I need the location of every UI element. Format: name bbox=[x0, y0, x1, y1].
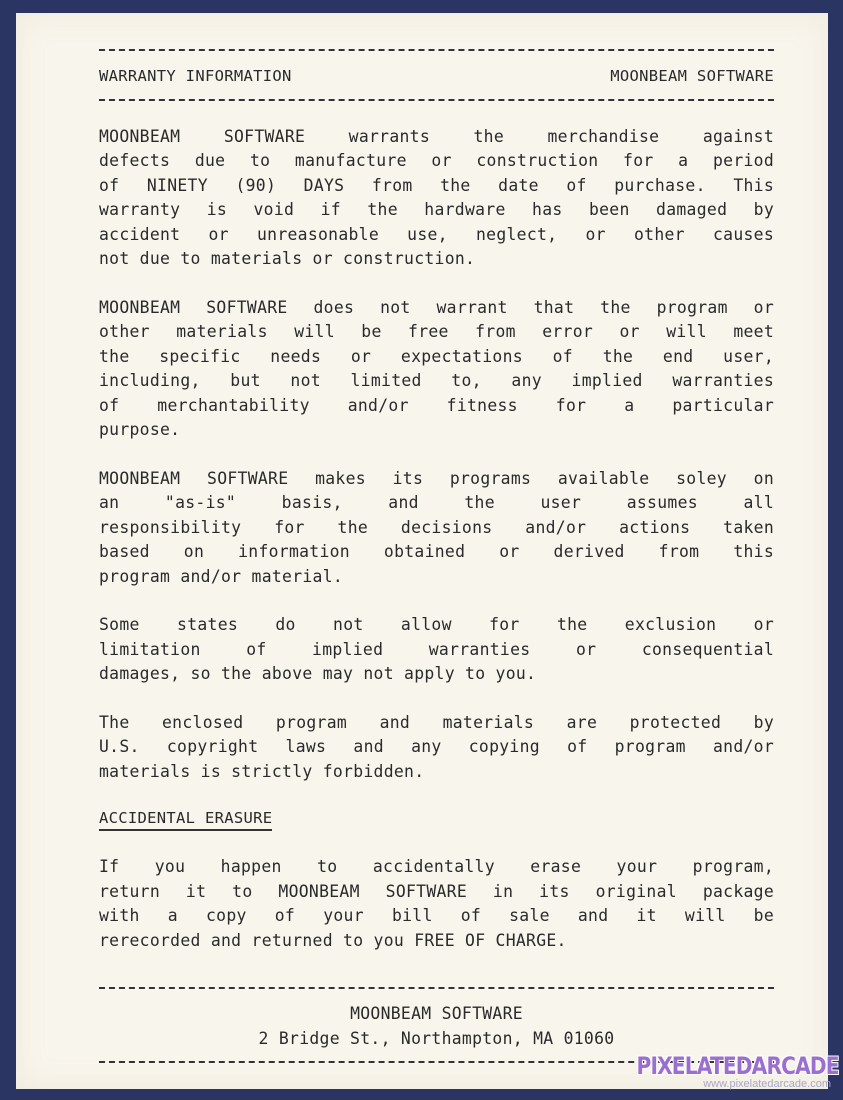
text-line: program and/or material. bbox=[99, 565, 774, 590]
text-line: The enclosed program and materials are p… bbox=[99, 711, 774, 736]
text-line: U.S. copyright laws and any copying of p… bbox=[99, 735, 774, 760]
section-title-erasure: ACCIDENTAL ERASURE bbox=[99, 808, 272, 831]
accidental-erasure-section: ACCIDENTAL ERASURE If you happen to acci… bbox=[99, 784, 774, 953]
text-line: return it to MOONBEAM SOFTWARE in its or… bbox=[99, 880, 774, 905]
footer-address: 2 Bridge St., Northampton, MA 01060 bbox=[99, 1026, 774, 1051]
text-line: defects due to manufacture or constructi… bbox=[99, 149, 774, 174]
erasure-paragraph: If you happen to accidentally erase your… bbox=[99, 855, 774, 953]
document-header: WARRANTY INFORMATION MOONBEAM SOFTWARE bbox=[99, 51, 774, 99]
warranty-paragraph: MOONBEAM SOFTWARE does not warrant that … bbox=[99, 296, 774, 443]
text-line: based on information obtained or derived… bbox=[99, 540, 774, 565]
text-line: If you happen to accidentally erase your… bbox=[99, 855, 774, 880]
text-line: of NINETY (90) DAYS from the date of pur… bbox=[99, 174, 774, 199]
warranty-paragraph: Some states do not allow for the exclusi… bbox=[99, 613, 774, 687]
footer-company: MOONBEAM SOFTWARE bbox=[99, 1001, 774, 1026]
document-footer: MOONBEAM SOFTWARE 2 Bridge St., Northamp… bbox=[99, 989, 774, 1061]
text-line: with a copy of your bill of sale and it … bbox=[99, 904, 774, 929]
text-line: not due to materials or construction. bbox=[99, 247, 774, 272]
text-line: including, but not limited to, any impli… bbox=[99, 369, 774, 394]
text-line: MOONBEAM SOFTWARE makes its programs ava… bbox=[99, 467, 774, 492]
text-line: MOONBEAM SOFTWARE warrants the merchandi… bbox=[99, 125, 774, 150]
text-line: responsibility for the decisions and/or … bbox=[99, 516, 774, 541]
text-line: accident or unreasonable use, neglect, o… bbox=[99, 223, 774, 248]
header-title: WARRANTY INFORMATION bbox=[99, 64, 292, 89]
text-line: rerecorded and returned to you FREE OF C… bbox=[99, 929, 774, 954]
watermark: PIXELATEDARCADE www.pixelatedarcade.com bbox=[598, 1054, 839, 1090]
header-company: MOONBEAM SOFTWARE bbox=[610, 64, 774, 89]
document-content: WARRANTY INFORMATION MOONBEAM SOFTWARE M… bbox=[99, 49, 774, 1063]
warranty-paragraph: MOONBEAM SOFTWARE warrants the merchandi… bbox=[99, 125, 774, 272]
text-line: of merchantability and/or fitness for a … bbox=[99, 394, 774, 419]
text-line: other materials will be free from error … bbox=[99, 320, 774, 345]
warranty-paragraphs: MOONBEAM SOFTWARE warrants the merchandi… bbox=[99, 125, 774, 785]
watermark-logo: PIXELATEDARCADE bbox=[637, 1054, 839, 1078]
text-line: the specific needs or expectations of th… bbox=[99, 345, 774, 370]
text-line: warranty is void if the hardware has bee… bbox=[99, 198, 774, 223]
text-line: purpose. bbox=[99, 418, 774, 443]
document-page: WARRANTY INFORMATION MOONBEAM SOFTWARE M… bbox=[16, 13, 828, 1089]
warranty-paragraph: MOONBEAM SOFTWARE makes its programs ava… bbox=[99, 467, 774, 590]
warranty-paragraph: The enclosed program and materials are p… bbox=[99, 711, 774, 785]
text-line: Some states do not allow for the exclusi… bbox=[99, 613, 774, 638]
text-line: MOONBEAM SOFTWARE does not warrant that … bbox=[99, 296, 774, 321]
text-line: damages, so the above may not apply to y… bbox=[99, 662, 774, 687]
dashed-rule-header-bottom bbox=[99, 99, 774, 101]
text-line: an "as-is" basis, and the user assumes a… bbox=[99, 491, 774, 516]
text-line: limitation of implied warranties or cons… bbox=[99, 638, 774, 663]
text-line: materials is strictly forbidden. bbox=[99, 760, 774, 785]
